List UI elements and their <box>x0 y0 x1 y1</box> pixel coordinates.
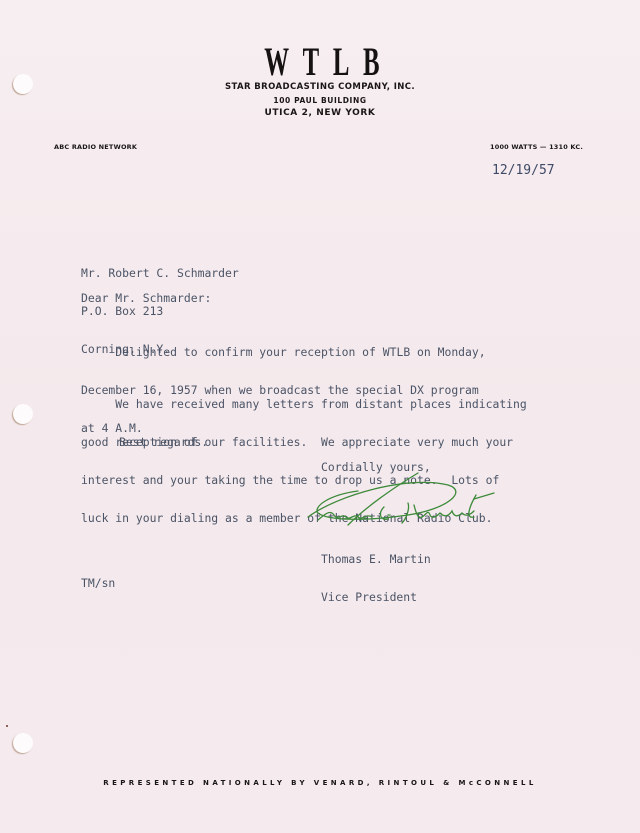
salutation: Dear Mr. Schmarder: <box>81 292 211 305</box>
signer-title: Vice President <box>321 591 431 604</box>
recipient-name: Mr. Robert C. Schmarder <box>81 267 239 280</box>
best-regards: Best regards. <box>119 436 208 449</box>
punch-hole-middle <box>13 404 33 424</box>
network-affiliation: ABC RADIO NETWORK <box>54 143 137 151</box>
paragraph-line: Delighted to confirm your reception of W… <box>81 346 486 359</box>
signer-block: Thomas E. Martin Vice President <box>321 528 431 616</box>
power-frequency: 1000 WATTS — 1310 KC. <box>490 143 583 151</box>
station-call-sign: WTLB <box>124 38 521 85</box>
paper-speck <box>6 725 8 727</box>
company-address: 100 PAUL BUILDING <box>0 96 640 105</box>
signer-name: Thomas E. Martin <box>321 553 431 566</box>
punch-hole-bottom <box>13 733 33 753</box>
letter-date: 12/19/57 <box>492 165 555 178</box>
company-name: STAR BROADCASTING COMPANY, INC. <box>0 82 640 92</box>
footer-representation: REPRESENTED NATIONALLY BY VENARD, RINTOU… <box>0 779 640 787</box>
recipient-box: P.O. Box 213 <box>81 305 239 318</box>
company-city: UTICA 2, NEW YORK <box>0 108 640 118</box>
reference-initials: TM/sn <box>81 577 115 590</box>
paragraph-line: We have received many letters from dista… <box>81 398 527 411</box>
